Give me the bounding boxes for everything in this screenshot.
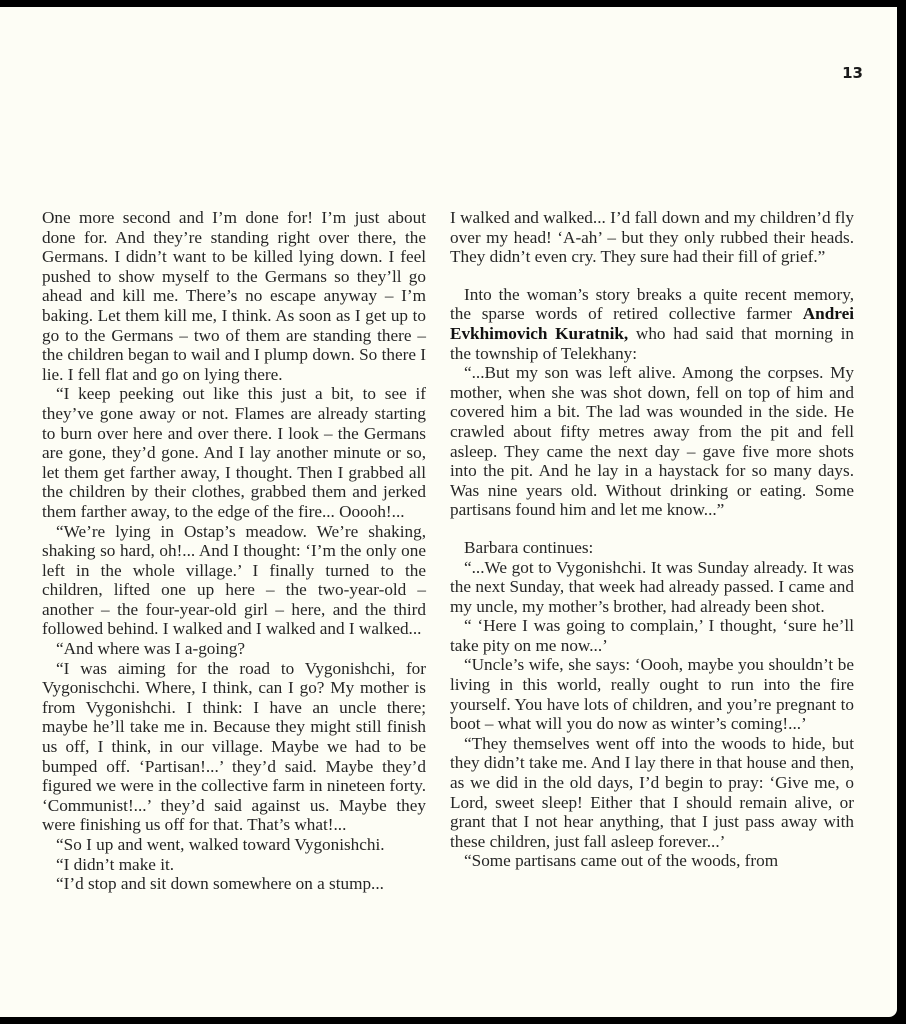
paragraph: I walked and walked... I’d fall down and… bbox=[450, 208, 854, 267]
paragraph: “Uncle’s wife, she says: ‘Oooh, maybe yo… bbox=[450, 655, 854, 733]
paragraph: One more second and I’m done for! I’m ju… bbox=[42, 208, 426, 384]
paragraph: “I was aiming for the road to Vygonishch… bbox=[42, 659, 426, 835]
paragraph: “...We got to Vygonishchi. It was Sunday… bbox=[450, 558, 854, 617]
left-column: One more second and I’m done for! I’m ju… bbox=[42, 208, 426, 894]
paragraph: “...But my son was left alive. Among the… bbox=[450, 363, 854, 520]
paragraph: “They themselves went off into the woods… bbox=[450, 734, 854, 852]
intro-text: Into the woman’s story breaks a quite re… bbox=[450, 285, 854, 324]
paragraph-kuratnik-intro: Into the woman’s story breaks a quite re… bbox=[450, 285, 854, 363]
paragraph: “I’d stop and sit down somewhere on a st… bbox=[42, 874, 426, 894]
paragraph: “Some partisans came out of the woods, f… bbox=[450, 851, 854, 871]
paragraph: “And where was I a-going? bbox=[42, 639, 426, 659]
paragraph: “I didn’t make it. bbox=[42, 855, 426, 875]
paragraph: “ ‘Here I was going to complain,’ I thou… bbox=[450, 616, 854, 655]
paragraph: “So I up and went, walked toward Vygonis… bbox=[42, 835, 426, 855]
page-number: 13 bbox=[842, 64, 863, 82]
book-page: 13 One more second and I’m done for! I’m… bbox=[0, 7, 897, 1017]
paragraph: Barbara continues: bbox=[450, 538, 854, 558]
paragraph: “We’re lying in Ostap’s meadow. We’re sh… bbox=[42, 522, 426, 640]
right-column: I walked and walked... I’d fall down and… bbox=[450, 208, 854, 871]
paragraph: “I keep peeking out like this just a bit… bbox=[42, 384, 426, 521]
